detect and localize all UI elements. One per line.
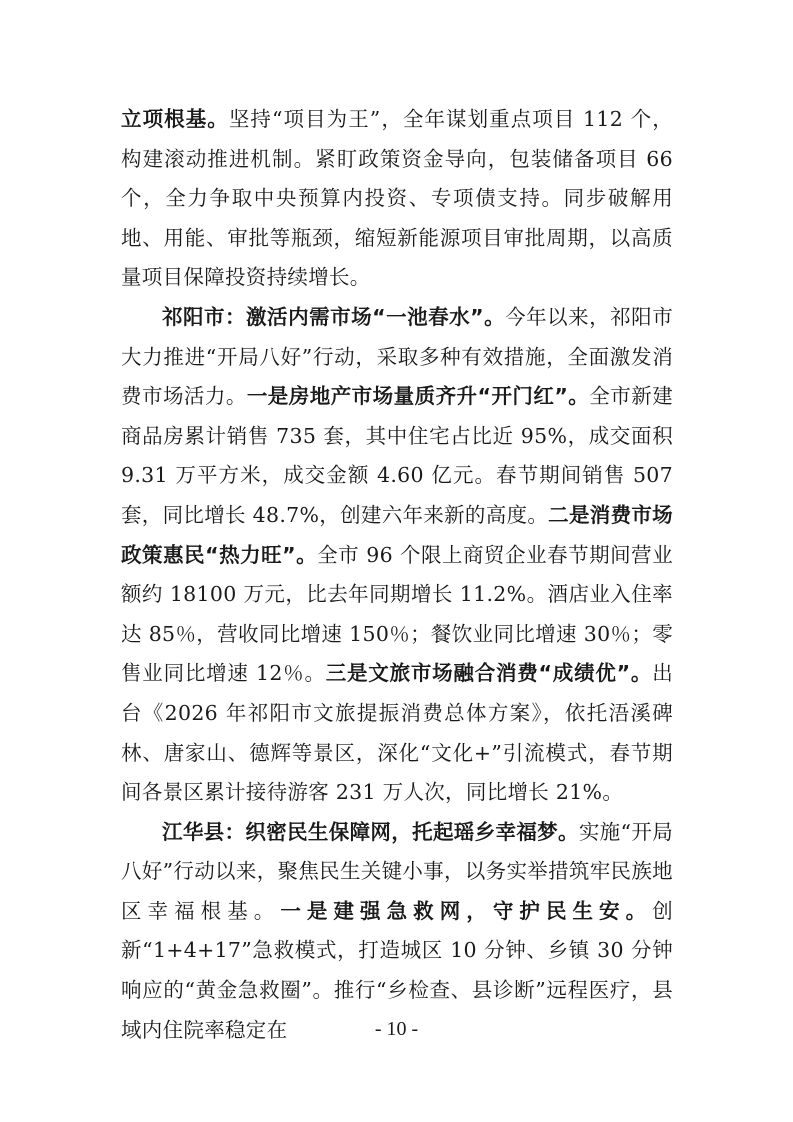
point-heading-3: 三是文旅市场融合消费“成绩优”。 — [326, 661, 652, 685]
page-number: - 10 - — [0, 1018, 793, 1041]
paragraph-jianghua: 江华县：织密民生保障网，托起瑶乡幸福梦。实施“开局八好”行动以来，聚焦民生关键小… — [121, 813, 673, 1051]
section-heading: 激活内需市场“一池春水”。 — [246, 305, 505, 329]
point-heading-1: 一是建强急救网，守护民生安。 — [280, 899, 652, 923]
paragraph-project-foundation: 立项根基。坚持“项目为王”，全年谋划重点项目 112 个，构建滚动推进机制。紧盯… — [121, 100, 673, 298]
point-heading-1: 一是房地产市场量质齐升“开门红”。 — [247, 384, 589, 408]
paragraph-qiyang: 祁阳市：激活内需市场“一池春水”。今年以来，祁阳市大力推进“开局八好”行动，采取… — [121, 298, 673, 813]
region-name: 江华县： — [162, 820, 245, 844]
body-text: 坚持“项目为王”，全年谋划重点项目 112 个，构建滚动推进机制。紧盯政策资金导… — [121, 107, 673, 289]
region-name: 祁阳市： — [162, 305, 246, 329]
document-body: 立项根基。坚持“项目为王”，全年谋划重点项目 112 个，构建滚动推进机制。紧盯… — [121, 100, 673, 1050]
lead-phrase: 立项根基。 — [121, 107, 229, 131]
section-heading: 织密民生保障网，托起瑶乡幸福梦。 — [245, 820, 578, 844]
